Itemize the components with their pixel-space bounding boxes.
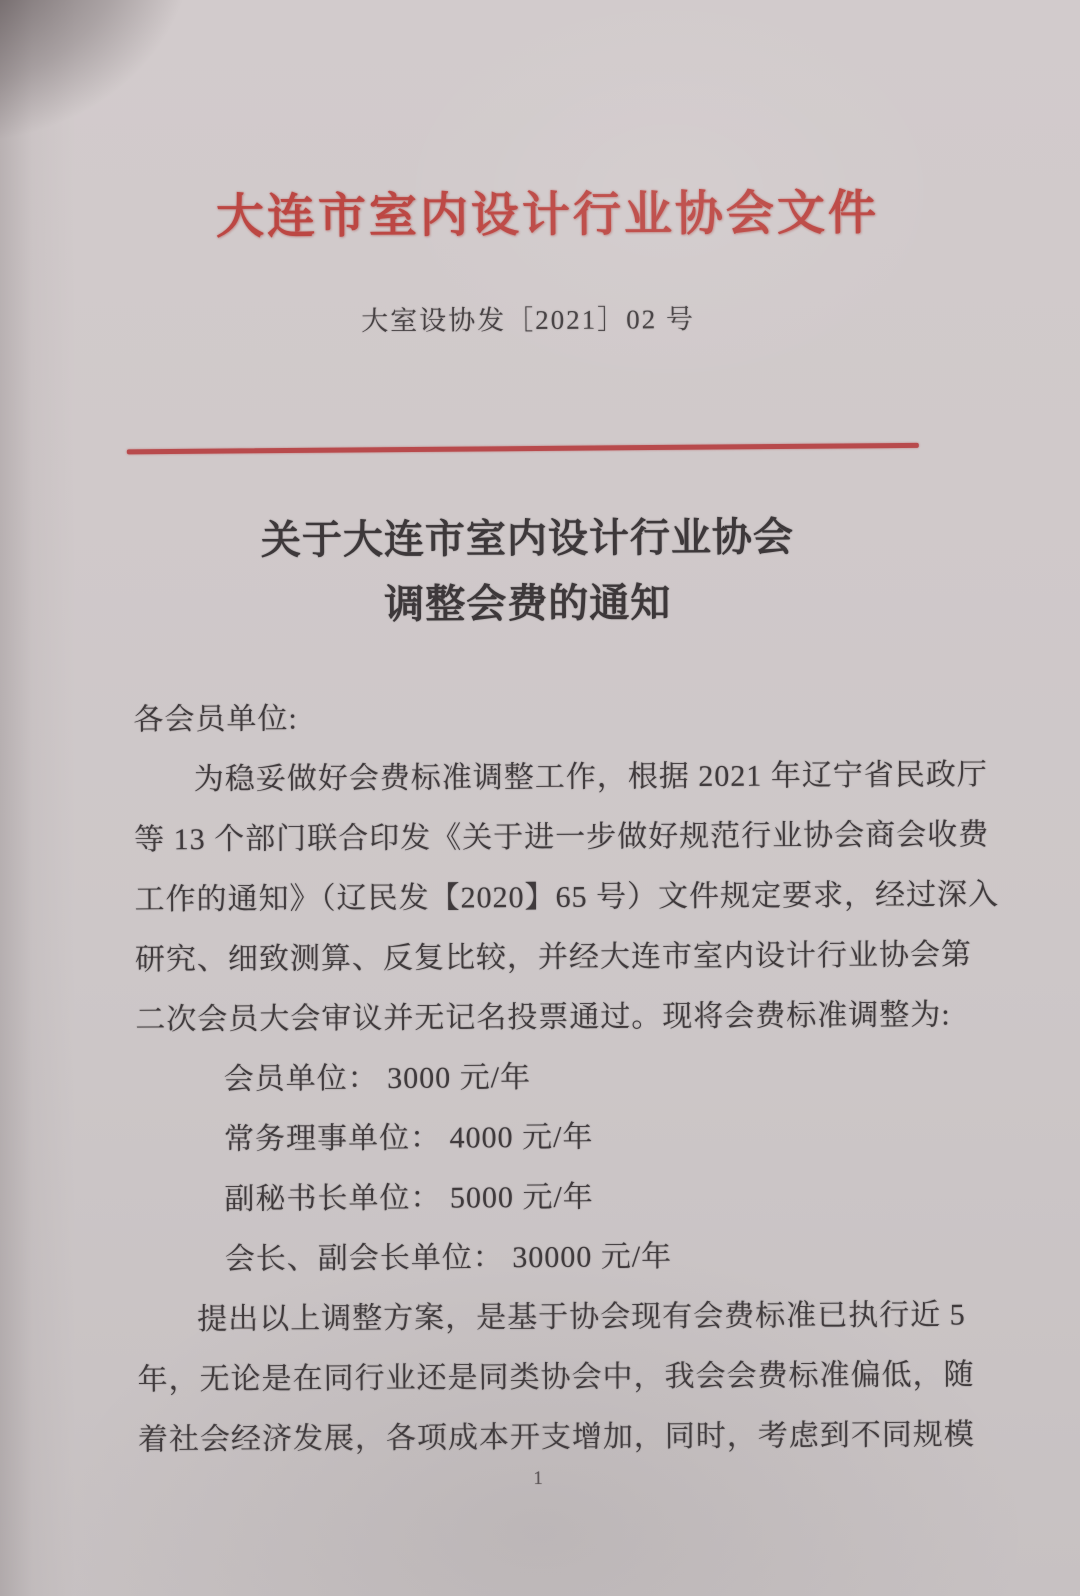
fee-item-deputy-secretary: 副秘书长单位： 5000 元/年 xyxy=(224,1166,948,1230)
notice-title-line1: 关于大连市室内设计行业协会 xyxy=(0,503,1068,575)
salutation: 各会员单位: xyxy=(133,686,945,751)
paragraph2-line: 年，无论是在同行业还是同类协会中，我会会费标准偏低，随 xyxy=(137,1346,949,1411)
notice-title: 关于大连市室内设计行业协会 调整会费的通知 xyxy=(0,503,1068,640)
fee-item-executive-director: 常务理事单位： 4000 元/年 xyxy=(224,1106,948,1170)
fee-item-president: 会长、副会长单位： 30000 元/年 xyxy=(225,1226,949,1290)
paragraph1-line: 为稳妥做好会费标准调整工作，根据 2021 年辽宁省民政厅 xyxy=(134,746,946,811)
paragraph2-line: 着社会经济发展，各项成本开支增加，同时，考虑到不同规模 xyxy=(138,1406,950,1471)
document-photo: 大连市室内设计行业协会文件 大室设协发［2021］02 号 关于大连市室内设计行… xyxy=(0,0,1080,1596)
notice-body: 各会员单位: 为稳妥做好会费标准调整工作，根据 2021 年辽宁省民政厅 等 1… xyxy=(133,686,950,1471)
paragraph1-line: 等 13 个部门联合印发《关于进一步做好规范行业协会商会收费 xyxy=(134,806,946,871)
red-divider-line xyxy=(127,443,919,454)
letterhead-title: 大连市室内设计行业协会文件 xyxy=(7,173,1080,249)
fee-item-member: 会员单位： 3000 元/年 xyxy=(224,1046,948,1110)
paragraph1-line: 研究、细致测算、反复比较，并经大连市室内设计行业协会第 xyxy=(135,926,947,991)
paragraph1-line: 二次会员大会审议并无记名投票通过。现将会费标准调整为: xyxy=(135,986,947,1051)
paragraph1-line: 工作的通知》（辽民发【2020】65 号）文件规定要求，经过深入 xyxy=(134,866,946,931)
paper-sheet: 大连市室内设计行业协会文件 大室设协发［2021］02 号 关于大连市室内设计行… xyxy=(0,0,1080,1596)
document-number: 大室设协发［2021］02 号 xyxy=(0,295,1068,341)
notice-title-line2: 调整会费的通知 xyxy=(0,568,1068,640)
paragraph2-line: 提出以上调整方案，是基于协会现有会费标准已执行近 5 xyxy=(137,1286,949,1351)
